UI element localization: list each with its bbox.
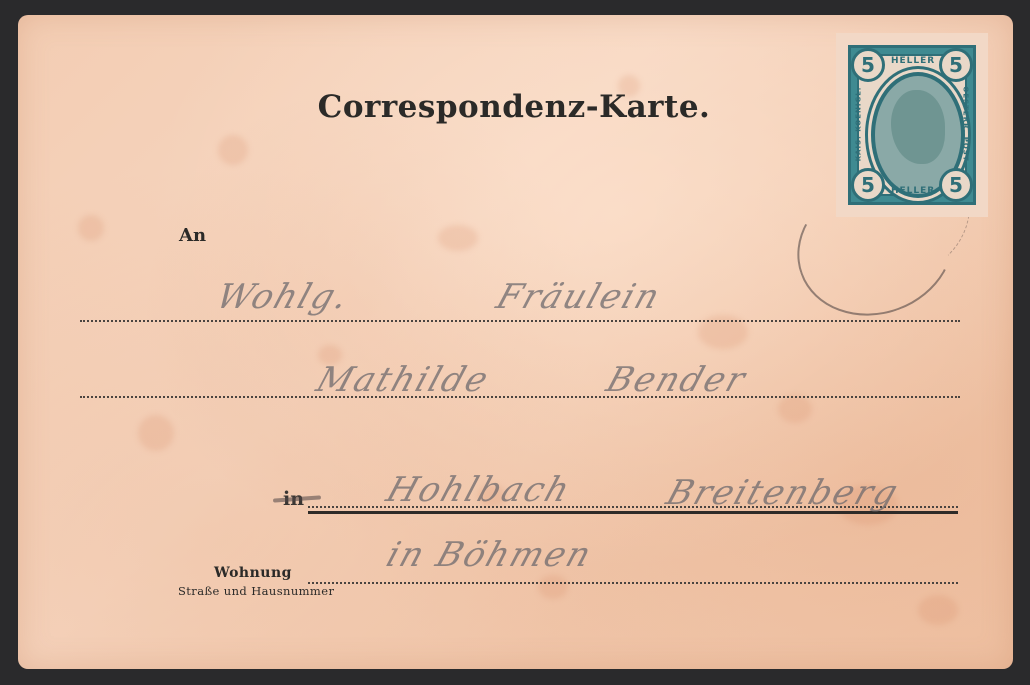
stamp-denomination-bottom: HELLER <box>891 186 935 196</box>
address-line-1 <box>80 320 960 322</box>
stamp-value-bottom-left: 5 <box>851 168 885 202</box>
card-title: Correspondenz-Karte. <box>304 89 724 125</box>
city-label: in <box>283 488 304 510</box>
handwriting-line2-left: Mathilde <box>312 360 495 400</box>
postcard: Correspondenz-Karte. An in Wohnung Straß… <box>18 15 1013 669</box>
residence-line <box>308 582 958 584</box>
handwriting-line3-left: Hohlbach <box>382 470 577 510</box>
handwriting-line3-right: Breitenberg <box>662 473 905 513</box>
stamp-paper: 5 5 5 5 HELLER HELLER KAIS. KOENIGL. OES… <box>840 37 984 213</box>
address-label: An <box>179 225 206 246</box>
residence-sublabel: Straße und Hausnummer <box>178 584 334 598</box>
stamp-value-top-right: 5 <box>939 48 973 82</box>
postage-stamp: 5 5 5 5 HELLER HELLER KAIS. KOENIGL. OES… <box>834 31 990 219</box>
handwriting-line1-left: Wohlg. <box>212 277 355 317</box>
handwriting-line4: in Böhmen <box>382 535 598 575</box>
stamp-frame: 5 5 5 5 HELLER HELLER KAIS. KOENIGL. OES… <box>848 45 976 205</box>
stamp-left-inscription: KAIS. KOENIGL. <box>854 87 862 162</box>
emperor-portrait-icon <box>891 90 945 164</box>
address-line-2 <box>80 396 960 398</box>
handwriting-line2-right: Bender <box>602 360 752 400</box>
stamp-value-bottom-right: 5 <box>939 168 973 202</box>
stamp-value-top-left: 5 <box>851 48 885 82</box>
residence-label: Wohnung <box>214 565 292 581</box>
stamp-denomination-top: HELLER <box>891 56 935 66</box>
handwriting-line1-right: Fräulein <box>492 277 667 317</box>
stamp-right-inscription: OESTERR. POST <box>961 86 969 161</box>
